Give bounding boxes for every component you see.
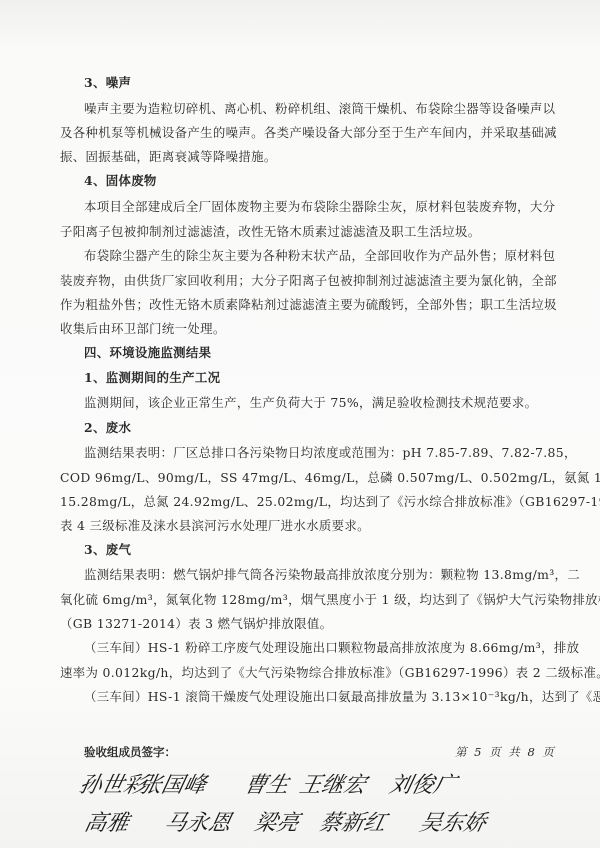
signature: 梁亮 <box>252 806 303 837</box>
paragraph-line: 本项目全部建成后全厂固体废物主要为布袋除尘器除尘灰，原材料包装废弃物，大分 <box>84 199 555 215</box>
signatures-area: 孙世彩张国峰曹生王继宏刘俊广高雅马永恩梁亮蔡新红吴东娇 <box>80 768 550 844</box>
paragraph-line: 收集后由环卫部门统一处理。 <box>60 321 226 337</box>
paragraph-line: 表 4 三级标准及涞水县滨河污水处理厂进水水质要求。 <box>60 518 370 534</box>
document-page: 3、噪声噪声主要为造粒切碎机、离心机、粉碎机组、滚筒干燥机、布袋除尘器等设备噪声… <box>0 0 600 848</box>
paragraph-line: 振、固振基础，距离衰减等降噪措施。 <box>60 149 277 165</box>
section-heading: 3、废气 <box>84 542 131 558</box>
paragraph-line: COD 96mg/L、90mg/L，SS 47mg/L、46mg/L，总磷 0.… <box>60 470 600 486</box>
paragraph-line: 噪声主要为造粒切碎机、离心机、粉碎机组、滚筒干燥机、布袋除尘器等设备噪声以 <box>84 101 555 117</box>
signature: 高雅 <box>82 806 133 837</box>
paragraph-line: 氧化硫 6mg/m³，氮氧化物 128mg/m³，烟气黑度小于 1 级，均达到了… <box>60 592 600 608</box>
paragraph-line: 及各种机泵等机械设备产生的噪声。各类产噪设备大部分至于生产车间内，并采取基础减 <box>60 125 557 141</box>
paragraph-line: 15.28mg/L，总氮 24.92mg/L、25.02mg/L，均达到了《污水… <box>60 494 600 510</box>
paragraph-line: 布袋除尘器产生的除尘灰主要为各种粉末状产品，全部回收作为产品外售；原材料包 <box>84 248 555 264</box>
signature: 马永恩 <box>162 806 235 837</box>
signature: 曹生 <box>242 768 293 799</box>
section-heading: 四、环境设施监测结果 <box>84 345 211 361</box>
signature: 吴东娇 <box>417 806 490 837</box>
paragraph-line: 监测结果表明：燃气锅炉排气筒各污染物最高排放浓度分别为：颗粒物 13.8mg/m… <box>84 567 580 583</box>
signature: 张国峰 <box>137 768 210 799</box>
section-heading: 1、监测期间的生产工况 <box>84 370 220 386</box>
paragraph-line: 作为粗盐外售；改性无铬木质素降粘剂过滤滤渣主要为硫酸钙，全部外售；职工生活垃圾 <box>60 297 557 313</box>
signature: 蔡新红 <box>317 806 390 837</box>
paragraph-line: （三车间）HS-1 滚筒干燥废气处理设施出口氨最高排放量为 3.13×10⁻³k… <box>84 689 600 705</box>
section-heading: 3、噪声 <box>84 75 131 91</box>
page-number: 第 5 页 共 8 页 <box>455 744 556 760</box>
paragraph-line: 子阳离子包被抑制剂过滤滤渣，改性无铬木质素过滤滤渣及职工生活垃圾。 <box>60 224 480 240</box>
signature-label: 验收组成员签字： <box>84 744 176 760</box>
section-heading: 2、废水 <box>84 420 131 436</box>
paragraph-line: （三车间）HS-1 粉碎工序废气处理设施出口颗粒物最高排放浓度为 8.66mg/… <box>84 640 579 656</box>
paragraph-line: （GB 13271-2014）表 3 燃气锅炉排放限值。 <box>60 616 332 632</box>
signature: 刘俊广 <box>387 768 460 799</box>
paragraph-line: 监测结果表明：厂区总排口各污染物日均浓度或范围为：pH 7.85-7.89、7.… <box>84 445 577 461</box>
signature: 王继宏 <box>297 768 370 799</box>
section-heading: 4、固体废物 <box>84 173 157 189</box>
paragraph-line: 速率为 0.012kg/h，均达到了《大气污染物综合排放标准》（GB16297-… <box>60 665 600 681</box>
paragraph-line: 装废弃物，由供货厂家回收利用；大分子阳离子包被抑制剂过滤滤渣主要为氯化钠，全部 <box>60 273 557 289</box>
paragraph-line: 监测期间，该企业正常生产，生产负荷大于 75%，满足验收检测技术规范要求。 <box>84 395 537 411</box>
